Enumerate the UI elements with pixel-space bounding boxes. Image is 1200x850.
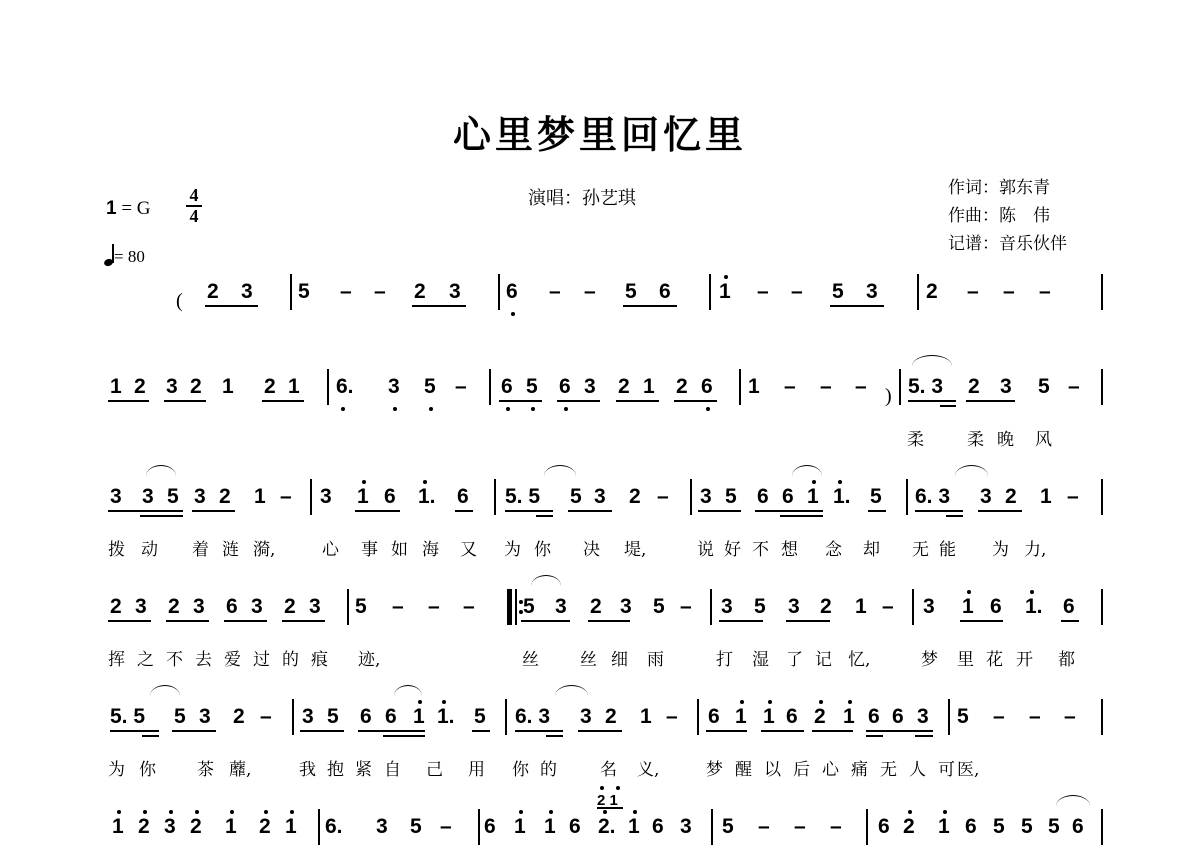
beam-underline: [205, 305, 258, 307]
note: 5: [957, 705, 969, 729]
beam-underline-double: [946, 515, 963, 517]
lyric-char: 抱: [327, 755, 344, 780]
dash-sustain: –: [455, 375, 467, 399]
note: 2.: [598, 815, 616, 839]
note: 3: [110, 485, 122, 509]
note: 3: [980, 485, 992, 509]
slur-arc: [394, 685, 422, 696]
beam-underline: [623, 305, 677, 307]
octave-up-dot: [169, 810, 173, 814]
note: 1.: [1025, 595, 1043, 619]
octave-up-dot: [143, 810, 147, 814]
lyric-char: 涟: [222, 535, 239, 560]
note: 5: [355, 595, 367, 619]
beam-underline: [455, 510, 473, 512]
parenthesis: ): [885, 385, 892, 408]
barline: [478, 809, 480, 845]
note: 6: [701, 375, 713, 399]
octave-up-dot: [362, 480, 366, 484]
lyric-char: 醒: [735, 755, 752, 780]
barline: [690, 479, 692, 515]
note: 3: [166, 375, 178, 399]
note: 3: [142, 485, 154, 509]
time-numerator: 4: [190, 185, 199, 205]
lyric-char: 着: [192, 535, 209, 560]
note: 5: [725, 485, 737, 509]
note: 1: [735, 705, 747, 729]
note: 6: [506, 280, 518, 304]
lyric-char: 为: [108, 755, 125, 780]
note: 1.: [833, 485, 851, 509]
note: 1: [640, 705, 652, 729]
note: 6: [385, 705, 397, 729]
note: 1: [643, 375, 655, 399]
beam-underline-double: [546, 735, 563, 737]
lyric-char: 的: [282, 645, 299, 670]
note: 5: [167, 485, 179, 509]
lyric-char: 细: [611, 645, 628, 670]
parenthesis: (: [176, 290, 183, 313]
barline: [310, 479, 312, 515]
note: 2: [820, 595, 832, 619]
lyric-char: 挥: [108, 645, 125, 670]
lyric-char: 了: [786, 645, 803, 670]
quarter-note-icon: [104, 244, 114, 266]
note: 1: [962, 595, 974, 619]
note: 6: [360, 705, 372, 729]
octave-up-dot: [967, 590, 971, 594]
lyric-char: 事: [361, 535, 378, 560]
note: 3: [135, 595, 147, 619]
barline: [899, 369, 901, 405]
grace-notes: 2 1: [597, 789, 618, 813]
barline: [318, 809, 320, 845]
barline: [489, 369, 491, 405]
lyric-char: 湿: [752, 645, 769, 670]
dash-sustain: –: [1068, 375, 1080, 399]
beam-underline: [358, 730, 425, 732]
barline: [948, 699, 950, 735]
note: 1: [748, 375, 760, 399]
octave-down-dot: [511, 312, 515, 316]
note: 5: [474, 705, 486, 729]
note: 3: [320, 485, 332, 509]
lyric-char: 过: [253, 645, 270, 670]
lyric-char: 柔: [907, 425, 924, 450]
note: 6: [384, 485, 396, 509]
barline: [866, 809, 868, 845]
note: 5: [870, 485, 882, 509]
slur-arc: [555, 685, 588, 696]
octave-up-dot: [230, 810, 234, 814]
dash-sustain: –: [830, 815, 842, 839]
note: 1: [544, 815, 556, 839]
note: 2: [605, 705, 617, 729]
note: 6: [659, 280, 671, 304]
barline: [347, 589, 349, 625]
dash-sustain: –: [791, 280, 803, 304]
note: 2: [590, 595, 602, 619]
lyric-char: 心: [322, 535, 339, 560]
note: 5: [722, 815, 734, 839]
lyric-char: 茶: [197, 755, 214, 780]
note: 5: [625, 280, 637, 304]
lyric-char: 爱: [224, 645, 241, 670]
note: 1: [112, 815, 124, 839]
barline: [1101, 589, 1103, 625]
lyric-char: 堤,: [624, 535, 646, 560]
beam-underline-double: [780, 515, 823, 517]
credits-block: 作词：郭东青 作曲：陈 伟 记谱：音乐伙伴: [948, 174, 1067, 258]
note: 2: [968, 375, 980, 399]
octave-up-dot: [943, 810, 947, 814]
beam-underline: [472, 730, 490, 732]
octave-up-dot: [768, 700, 772, 704]
note: 3: [620, 595, 632, 619]
dash-sustain: –: [549, 280, 561, 304]
repeat-dot: [519, 600, 523, 604]
note: 6: [782, 485, 794, 509]
octave-up-dot: [838, 480, 842, 484]
barline: [739, 369, 741, 405]
note: 2: [110, 595, 122, 619]
note: 3: [388, 375, 400, 399]
beam-underline: [164, 400, 206, 402]
song-title: 心里梦里回忆里: [0, 104, 1200, 159]
beam-underline: [786, 620, 830, 622]
note: 5: [653, 595, 665, 619]
beam-underline: [960, 620, 1003, 622]
beam-underline: [515, 730, 563, 732]
octave-up-dot: [264, 810, 268, 814]
note: 6: [652, 815, 664, 839]
lyric-char: 以: [764, 755, 781, 780]
barline: [327, 369, 329, 405]
lyric-char: 你: [139, 755, 156, 780]
beam-underline: [866, 730, 933, 732]
slur-arc: [150, 685, 180, 696]
note: 6. 3: [515, 705, 550, 729]
lyric-char: 都: [1058, 645, 1075, 670]
note: 1: [285, 815, 297, 839]
lyric-char: 后: [793, 755, 810, 780]
note: 1: [938, 815, 950, 839]
lyric-char: 迹,: [358, 645, 380, 670]
note: 6: [226, 595, 238, 619]
note: 6. 3: [915, 485, 950, 509]
note: 1: [357, 485, 369, 509]
grace-underline: [597, 807, 623, 809]
note: 5: [993, 815, 1005, 839]
barline: [290, 274, 292, 310]
lyric-char: 梦: [706, 755, 723, 780]
lyric-char: 你: [512, 755, 529, 780]
octave-down-dot: [393, 407, 397, 411]
beam-underline: [616, 400, 659, 402]
note: 3: [866, 280, 878, 304]
lyric-char: 能: [939, 535, 956, 560]
octave-down-dot: [506, 407, 510, 411]
lyric-char: 开: [1016, 645, 1033, 670]
note: 2: [190, 375, 202, 399]
octave-down-dot: [706, 407, 710, 411]
dash-sustain: –: [340, 280, 352, 304]
note: 1: [1040, 485, 1052, 509]
barline: [709, 274, 711, 310]
note: 6: [878, 815, 890, 839]
note: 5: [1048, 815, 1060, 839]
slur-arc: [146, 465, 176, 476]
note: 6: [501, 375, 513, 399]
note: 2: [190, 815, 202, 839]
octave-down-dot: [429, 407, 433, 411]
note: 3: [680, 815, 692, 839]
beam-underline: [978, 510, 1022, 512]
lyric-char: 义,: [637, 755, 659, 780]
note: 3: [251, 595, 263, 619]
dash-sustain: –: [855, 375, 867, 399]
note: 5: [832, 280, 844, 304]
note: 3: [199, 705, 211, 729]
dash-sustain: –: [1039, 280, 1051, 304]
beam-underline: [412, 305, 466, 307]
beam-underline: [755, 510, 823, 512]
note: 2: [219, 485, 231, 509]
dash-sustain: –: [784, 375, 796, 399]
note: 6: [892, 705, 904, 729]
octave-up-dot: [442, 700, 446, 704]
dash-sustain: –: [260, 705, 272, 729]
barline: [917, 274, 919, 310]
slur-arc: [1056, 795, 1090, 806]
note: 3: [721, 595, 733, 619]
lyric-char: 为: [504, 535, 521, 560]
dash-sustain: –: [666, 705, 678, 729]
note: 1: [628, 815, 640, 839]
lyric-char: 之: [137, 645, 154, 670]
beam-underline: [578, 730, 622, 732]
octave-up-dot: [616, 786, 620, 790]
beam-underline: [166, 620, 209, 622]
octave-up-dot: [290, 810, 294, 814]
note: 5. 5: [110, 705, 145, 729]
dash-sustain: –: [1029, 705, 1041, 729]
lyric-char: 无: [912, 535, 929, 560]
dash-sustain: –: [993, 705, 1005, 729]
octave-up-dot: [117, 810, 121, 814]
note: 6: [965, 815, 977, 839]
lyric-char: 柔: [967, 425, 984, 450]
lyric-char: 丝: [522, 645, 539, 670]
dash-sustain: –: [463, 595, 475, 619]
tempo-marking: = 80: [104, 244, 145, 267]
beam-underline: [966, 400, 1015, 402]
lyric-char: 雨: [647, 645, 664, 670]
note: 6: [990, 595, 1002, 619]
lyric-char: 晚: [997, 425, 1014, 450]
octave-up-dot: [195, 810, 199, 814]
note: 5: [424, 375, 436, 399]
lyric-char: 念: [825, 535, 842, 560]
beam-underline: [568, 510, 612, 512]
beam-underline: [1061, 620, 1079, 622]
note: 1: [225, 815, 237, 839]
note: 1: [222, 375, 234, 399]
octave-up-dot: [812, 480, 816, 484]
beam-underline: [282, 620, 325, 622]
barline: [1101, 369, 1103, 405]
octave-up-dot: [740, 700, 744, 704]
note: 1: [254, 485, 266, 509]
slur-arc: [792, 465, 822, 476]
lyric-char: 海: [422, 535, 439, 560]
beam-underline-double: [536, 515, 553, 517]
note: 5: [298, 280, 310, 304]
note: 1: [413, 705, 425, 729]
octave-up-dot: [1030, 590, 1034, 594]
note: 5: [410, 815, 422, 839]
octave-up-dot: [600, 786, 604, 790]
beam-underline: [588, 620, 630, 622]
octave-up-dot: [724, 275, 728, 279]
barline: [710, 589, 712, 625]
beam-underline: [761, 730, 804, 732]
note: 5. 3: [908, 375, 943, 399]
beam-underline-double: [915, 735, 933, 737]
dash-sustain: –: [392, 595, 404, 619]
octave-up-dot: [549, 810, 553, 814]
octave-up-dot: [819, 700, 823, 704]
octave-up-dot: [848, 700, 852, 704]
beam-underline: [262, 400, 304, 402]
note: 5: [1021, 815, 1033, 839]
dash-sustain: –: [757, 280, 769, 304]
lyric-char: 无: [880, 755, 897, 780]
note: 5: [174, 705, 186, 729]
note: 5: [570, 485, 582, 509]
beam-underline-double: [940, 405, 956, 407]
dash-sustain: –: [967, 280, 979, 304]
transcriber-credit: 记谱：音乐伙伴: [948, 230, 1067, 258]
note: 2: [629, 485, 641, 509]
lyric-char: 自: [384, 755, 401, 780]
note: 6: [1063, 595, 1075, 619]
lyric-char: 好: [724, 535, 741, 560]
barline: [498, 274, 500, 310]
lyric-char: 不: [166, 645, 183, 670]
beam-underline: [812, 730, 853, 732]
lyric-char: 花: [986, 645, 1003, 670]
barline: [292, 699, 294, 735]
lyric-char: 蘼,: [229, 755, 251, 780]
octave-up-dot: [418, 700, 422, 704]
dash-sustain: –: [820, 375, 832, 399]
note: 2: [414, 280, 426, 304]
beam-underline: [698, 510, 741, 512]
octave-up-dot: [519, 810, 523, 814]
lyric-char: 不: [752, 535, 769, 560]
note: 3: [555, 595, 567, 619]
repeat-dot: [519, 610, 523, 614]
note: 2: [618, 375, 630, 399]
note: 2: [233, 705, 245, 729]
beam-underline: [108, 510, 183, 512]
note: 3: [193, 595, 205, 619]
note: 2: [676, 375, 688, 399]
beam-underline-double: [383, 735, 425, 737]
lyric-char: 力,: [1024, 535, 1046, 560]
lyric-char: 人: [909, 755, 926, 780]
note: 3: [594, 485, 606, 509]
barline: [1101, 809, 1103, 845]
note: 1: [719, 280, 731, 304]
time-signature: 4 4: [186, 186, 202, 226]
note: 6: [484, 815, 496, 839]
lyric-char: 又: [460, 535, 477, 560]
beam-underline: [172, 730, 216, 732]
note: 2: [259, 815, 271, 839]
note: 6: [569, 815, 581, 839]
note: 2: [926, 280, 938, 304]
note: 3: [1000, 375, 1012, 399]
lyric-char: 风: [1035, 425, 1052, 450]
lyric-char: 忆,: [848, 645, 870, 670]
octave-down-dot: [531, 407, 535, 411]
barline: [711, 809, 713, 845]
beam-underline: [719, 620, 763, 622]
note: 6: [1072, 815, 1084, 839]
note: 3: [584, 375, 596, 399]
beam-underline: [108, 620, 151, 622]
key-signature: 1 = G: [106, 198, 151, 220]
lyric-char: 紧: [355, 755, 372, 780]
barline: [912, 589, 914, 625]
lyric-char: 我: [299, 755, 316, 780]
beam-underline: [521, 620, 570, 622]
note: 6: [868, 705, 880, 729]
beam-underline: [674, 400, 717, 402]
note: 2: [207, 280, 219, 304]
note: 3: [917, 705, 929, 729]
lyric-char: 决: [583, 535, 600, 560]
lyricist-credit: 作词：郭东青: [948, 174, 1067, 202]
lyric-char: 丝: [580, 645, 597, 670]
slur-arc: [955, 465, 988, 476]
note: 3: [241, 280, 253, 304]
barline: [906, 479, 908, 515]
note: 2: [814, 705, 826, 729]
lyric-char: 痛: [851, 755, 868, 780]
beam-underline-double: [140, 515, 183, 517]
dash-sustain: –: [1064, 705, 1076, 729]
note: 5: [754, 595, 766, 619]
note: 2: [168, 595, 180, 619]
beam-underline: [706, 730, 747, 732]
dash-sustain: –: [1067, 485, 1079, 509]
time-denominator: 4: [190, 206, 199, 226]
dash-sustain: –: [1003, 280, 1015, 304]
repeat-thick-bar: [507, 589, 512, 625]
note: 6: [757, 485, 769, 509]
dash-sustain: –: [680, 595, 692, 619]
barline: [1101, 274, 1103, 310]
lyric-char: 你: [534, 535, 551, 560]
note: 1.: [437, 705, 455, 729]
composer-credit: 作曲：陈 伟: [948, 202, 1067, 230]
note: 2: [903, 815, 915, 839]
octave-down-dot: [341, 407, 345, 411]
lyric-char: 漪,: [253, 535, 275, 560]
